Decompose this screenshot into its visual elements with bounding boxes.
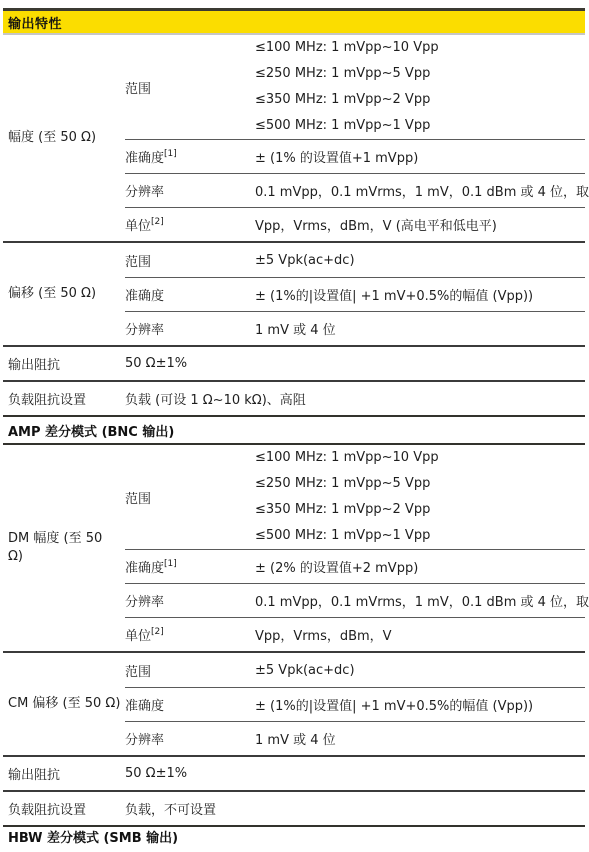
param-name: 准确度[1] [125,557,255,576]
param-name-text: 单位 [125,219,151,234]
footnote-marker: [1] [164,559,177,569]
group-cm-offset: CM 偏移 (至 50 Ω) 范围 ±5 Vpk(ac+dc) 准确度 ± (1… [3,651,585,755]
param-value: ±5 Vpk(ac+dc) [255,663,585,678]
param-name: 输出阻抗 [3,764,125,783]
param-name-text: 单位 [125,629,151,644]
param-value-list: ≤100 MHz: 1 mVpp~10 Vpp ≤250 MHz: 1 mVpp… [255,445,585,549]
range-line: ≤100 MHz: 1 mVpp~10 Vpp [255,445,585,471]
param-name: 输出阻抗 [3,354,125,373]
group-amplitude-label: 幅度 (至 50 Ω) [8,129,96,147]
range-line: ≤500 MHz: 1 mVpp~1 Vpp [255,113,585,139]
range-line: ≤250 MHz: 1 mVpp~5 Vpp [255,471,585,497]
group-amplitude: 幅度 (至 50 Ω) 范围 ≤100 MHz: 1 mVpp~10 Vpp ≤… [3,35,585,241]
row-amplitude-resolution: 分辨率 0.1 mVpp，0.1 mVrms，1 mV，0.1 dBm 或 4 … [125,173,585,207]
row-amplitude-range: 范围 ≤100 MHz: 1 mVpp~10 Vpp ≤250 MHz: 1 m… [125,35,585,139]
param-name-text: 准确度 [125,561,164,576]
row-amplitude-unit: 单位[2] Vpp，Vrms，dBm，V (高电平和低电平) [125,207,585,241]
row-output-impedance: 输出阻抗 50 Ω±1% [3,345,585,380]
param-name-text: 准确度 [125,151,164,166]
group-cm-offset-rows: 范围 ±5 Vpk(ac+dc) 准确度 ± (1%的|设置值| +1 mV+0… [125,653,585,755]
range-line: ≤100 MHz: 1 mVpp~10 Vpp [255,35,585,61]
param-value: 1 mV 或 4 位 [255,729,585,748]
range-line: ≤350 MHz: 1 mVpp~2 Vpp [255,87,585,113]
footnote-marker: [2] [151,217,164,227]
param-name: 范围 [125,661,255,680]
row-cm-range: 范围 ±5 Vpk(ac+dc) [125,653,585,687]
param-value: ± (2% 的设置值+2 mVpp) [255,557,585,576]
group-dm-amplitude-rows: 范围 ≤100 MHz: 1 mVpp~10 Vpp ≤250 MHz: 1 m… [125,445,585,651]
param-name: 范围 [125,488,255,507]
group-cm-offset-label-cell: CM 偏移 (至 50 Ω) [3,653,125,755]
group-offset-rows: 范围 ±5 Vpk(ac+dc) 准确度 ± (1%的|设置值| +1 mV+0… [125,243,585,345]
param-name: 分辨率 [125,591,255,610]
param-name: 范围 [125,78,255,97]
row-dm-range: 范围 ≤100 MHz: 1 mVpp~10 Vpp ≤250 MHz: 1 m… [125,445,585,549]
output-section-title: 输出特性 [8,13,62,32]
range-line: ≤250 MHz: 1 mVpp~5 Vpp [255,61,585,87]
hbw-section-title: HBW 差分模式 (SMB 输出) [8,827,178,846]
param-name: 单位[2] [125,625,255,644]
row-offset-range: 范围 ±5 Vpk(ac+dc) [125,243,585,277]
param-value: ± (1%的|设置值| +1 mV+0.5%的幅值 (Vpp)) [255,285,585,304]
param-value: 1 mV 或 4 位 [255,319,585,338]
amp-section-title: AMP 差分模式 (BNC 输出) [8,421,174,440]
param-name: 单位[2] [125,215,255,234]
range-line: ≤500 MHz: 1 mVpp~1 Vpp [255,523,585,549]
param-name: 范围 [125,251,255,270]
param-value: ±5 Vpk(ac+dc) [255,253,585,268]
param-value-list: ≤100 MHz: 1 mVpp~10 Vpp ≤250 MHz: 1 mVpp… [255,35,585,139]
param-value: ± (1%的|设置值| +1 mV+0.5%的幅值 (Vpp)) [255,695,585,714]
param-value: Vpp，Vrms，dBm，V (高电平和低电平) [255,215,585,234]
param-name: 分辨率 [125,319,255,338]
row-amp-output-impedance: 输出阻抗 50 Ω±1% [3,755,585,790]
row-dm-resolution: 分辨率 0.1 mVpp，0.1 mVrms，1 mV，0.1 dBm 或 4 … [125,583,585,617]
param-value: 50 Ω±1% [125,356,585,371]
row-load-impedance: 负载阻抗设置 负载 (可设 1 Ω~10 kΩ)、高阻 [3,380,585,415]
param-value: 负载 (可设 1 Ω~10 kΩ)、高阻 [125,389,585,408]
param-value: Vpp，Vrms，dBm，V [255,625,585,644]
group-dm-amplitude: DM 幅度 (至 50 Ω) 范围 ≤100 MHz: 1 mVpp~10 Vp… [3,445,585,651]
output-section-header: 输出特性 [3,8,585,35]
param-name: 准确度 [125,285,255,304]
param-value: 负载，不可设置 [125,799,585,818]
row-offset-accuracy: 准确度 ± (1%的|设置值| +1 mV+0.5%的幅值 (Vpp)) [125,277,585,311]
range-line: ≤350 MHz: 1 mVpp~2 Vpp [255,497,585,523]
footnote-marker: [2] [151,627,164,637]
param-value: ± (1% 的设置值+1 mVpp) [255,147,585,166]
row-offset-resolution: 分辨率 1 mV 或 4 位 [125,311,585,345]
param-value: 0.1 mVpp，0.1 mVrms，1 mV，0.1 dBm 或 4 位，取低… [255,591,589,610]
param-name: 负载阻抗设置 [3,389,125,408]
footnote-marker: [1] [164,149,177,159]
row-cm-resolution: 分辨率 1 mV 或 4 位 [125,721,585,755]
amp-section-header: AMP 差分模式 (BNC 输出) [3,415,585,445]
group-offset: 偏移 (至 50 Ω) 范围 ±5 Vpk(ac+dc) 准确度 ± (1%的|… [3,241,585,345]
row-cm-accuracy: 准确度 ± (1%的|设置值| +1 mV+0.5%的幅值 (Vpp)) [125,687,585,721]
group-offset-label-cell: 偏移 (至 50 Ω) [3,243,125,345]
row-amplitude-accuracy: 准确度[1] ± (1% 的设置值+1 mVpp) [125,139,585,173]
param-name: 准确度 [125,695,255,714]
param-name: 准确度[1] [125,147,255,166]
param-name: 负载阻抗设置 [3,799,125,818]
param-name: 分辨率 [125,181,255,200]
group-amplitude-label-cell: 幅度 (至 50 Ω) [3,35,125,241]
param-value: 0.1 mVpp，0.1 mVrms，1 mV，0.1 dBm 或 4 位，取低… [255,181,589,200]
hbw-section-header: HBW 差分模式 (SMB 输出) [3,825,585,849]
param-value: 50 Ω±1% [125,766,585,781]
param-name: 分辨率 [125,729,255,748]
row-amp-load-impedance: 负载阻抗设置 负载，不可设置 [3,790,585,825]
group-amplitude-rows: 范围 ≤100 MHz: 1 mVpp~10 Vpp ≤250 MHz: 1 m… [125,35,585,241]
row-dm-accuracy: 准确度[1] ± (2% 的设置值+2 mVpp) [125,549,585,583]
group-offset-label: 偏移 (至 50 Ω) [8,285,96,303]
group-dm-amplitude-label: DM 幅度 (至 50 Ω) [8,530,102,566]
group-dm-amplitude-label-cell: DM 幅度 (至 50 Ω) [3,445,125,651]
group-cm-offset-label: CM 偏移 (至 50 Ω) [8,695,120,713]
spec-table: 输出特性 幅度 (至 50 Ω) 范围 ≤100 MHz: 1 mVpp~10 … [3,8,585,849]
row-dm-unit: 单位[2] Vpp，Vrms，dBm，V [125,617,585,651]
